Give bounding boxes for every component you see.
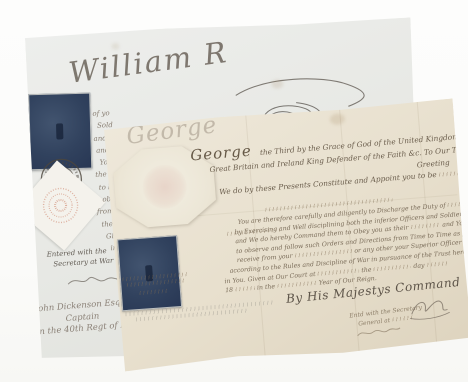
faint-ink-note <box>139 289 169 295</box>
body-text: and You are <box>442 219 468 229</box>
manuscript-place-blank <box>317 268 359 275</box>
royal-signature-william: William R <box>67 35 230 90</box>
body-text: the <box>361 266 372 274</box>
signature-paraph-icon <box>404 293 454 323</box>
manuscript-blank <box>410 223 440 229</box>
entered-with-secretary-note: Entered with the Secretary at War <box>46 247 113 270</box>
stamp-cypher-icon <box>56 123 63 139</box>
red-embossed-emblem-icon <box>40 185 82 227</box>
manuscript-regnal-blank <box>277 281 317 288</box>
photograph-of-documents: William R of yo Sold and and <box>0 0 468 382</box>
manuscript-day-blank <box>373 264 411 271</box>
manuscript-rank-blank <box>438 168 468 177</box>
stain-spot <box>329 113 345 125</box>
front-document: George George the Third by the Grace of … <box>104 98 468 371</box>
manuscript-year-blank <box>235 286 255 292</box>
pink-embossed-emblem-icon <box>141 163 188 210</box>
wafer-seal-diamond <box>15 160 105 250</box>
body-text: day <box>413 262 425 270</box>
manuscript-month-blank <box>426 261 448 267</box>
margin-notes <box>122 267 236 325</box>
body-text: in the <box>257 283 276 291</box>
manuscript-blank <box>447 200 468 207</box>
